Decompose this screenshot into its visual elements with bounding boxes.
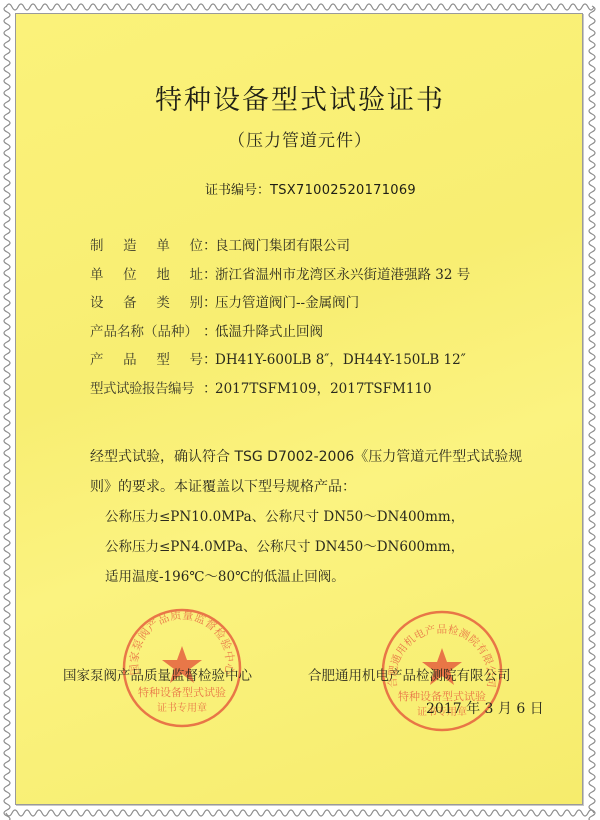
label-char: 单 <box>156 232 170 261</box>
certificate-title: 特种设备型式试验证书 <box>0 78 600 117</box>
colon: ： <box>203 346 215 375</box>
certificate-fields: 制 造 单 位 ： 良工阀门集团有限公司 单 位 地 址 ： 浙江省温州市龙湾区… <box>90 232 470 403</box>
label-char: 制 <box>90 232 104 261</box>
field-label: 设 备 类 别 <box>90 289 203 318</box>
certificate-content: 特种设备型式试验证书 （压力管道元件） 证书编号：TSX710025201710… <box>0 0 600 820</box>
field-value: 浙江省温州市龙湾区永兴街道港强路 32 号 <box>215 261 470 290</box>
label-char: 设 <box>90 289 104 318</box>
field-label: 产 品 型 号 <box>90 346 203 375</box>
field-value: 低温升降式止回阀 <box>215 318 323 347</box>
scope-line-1: 公称压力≤PN10.0MPa、公称尺寸 DN50～DN400mm， <box>90 502 560 532</box>
field-value: 2017TSFM109，2017TSFM110 <box>215 375 432 404</box>
field-value: DH41Y-600LB 8″，DH44Y-150LB 12″ <box>215 346 466 375</box>
field-label: 产品名称（品种） <box>90 318 203 347</box>
colon: ： <box>203 318 215 347</box>
colon: ： <box>203 261 215 290</box>
label-char: 备 <box>123 289 137 318</box>
field-equipment-category: 设 备 类 别 ： 压力管道阀门--金属阀门 <box>90 289 470 318</box>
label-char: 址 <box>189 261 203 290</box>
label-char: 类 <box>156 289 170 318</box>
field-label: 单 位 地 址 <box>90 261 203 290</box>
colon: ： <box>203 232 215 261</box>
label-char: 地 <box>156 261 170 290</box>
label-char: 单 <box>90 261 104 290</box>
scope-line-2: 公称压力≤PN4.0MPa、公称尺寸 DN450～DN600mm， <box>90 532 560 562</box>
label-char: 产 <box>90 346 104 375</box>
issue-date: 2017 年 3 月 6 日 <box>426 698 544 718</box>
label-char: 型 <box>156 346 170 375</box>
field-manufacturer: 制 造 单 位 ： 良工阀门集团有限公司 <box>90 232 470 261</box>
certificate-number: 证书编号：TSX71002520171069 <box>205 179 416 198</box>
certificate-number-value: TSX71002520171069 <box>270 183 416 198</box>
label-char: 位 <box>123 261 137 290</box>
field-product-model: 产 品 型 号 ： DH41Y-600LB 8″，DH44Y-150LB 12″ <box>90 346 470 375</box>
label-char: 号 <box>189 346 203 375</box>
issuer-left: 国家泵阀产品质量监督检验中心 <box>63 664 252 684</box>
field-address: 单 位 地 址 ： 浙江省温州市龙湾区永兴街道港强路 32 号 <box>90 261 470 290</box>
label-char: 品 <box>123 346 137 375</box>
field-product-name: 产品名称（品种）： 低温升降式止回阀 <box>90 318 470 347</box>
issuer-right: 合肥通用机电产品检测院有限公司 <box>308 664 511 684</box>
scope-line-3: 适用温度-196℃～80℃的低温止回阀。 <box>90 562 560 592</box>
field-label: 制 造 单 位 <box>90 232 203 261</box>
field-report-number: 型式试验报告编号： 2017TSFM109，2017TSFM110 <box>90 375 470 404</box>
field-value: 良工阀门集团有限公司 <box>215 232 350 261</box>
body-paragraph-line1: 经型式试验，确认符合 TSG D7002-2006《压力管道元件型式试验规 <box>90 442 560 472</box>
colon: ： <box>203 289 215 318</box>
certificate-subtitle: （压力管道元件） <box>0 126 600 151</box>
label-char: 别 <box>189 289 203 318</box>
label-char: 位 <box>189 232 203 261</box>
certificate-body: 经型式试验，确认符合 TSG D7002-2006《压力管道元件型式试验规 则》… <box>90 442 560 592</box>
field-label: 型式试验报告编号 <box>90 375 203 404</box>
label-char: 造 <box>123 232 137 261</box>
body-paragraph-line2: 则》的要求。本证覆盖以下型号规格产品： <box>90 472 560 502</box>
field-value: 压力管道阀门--金属阀门 <box>215 289 359 318</box>
certificate-number-label: 证书编号： <box>205 183 270 198</box>
colon: ： <box>203 375 215 404</box>
